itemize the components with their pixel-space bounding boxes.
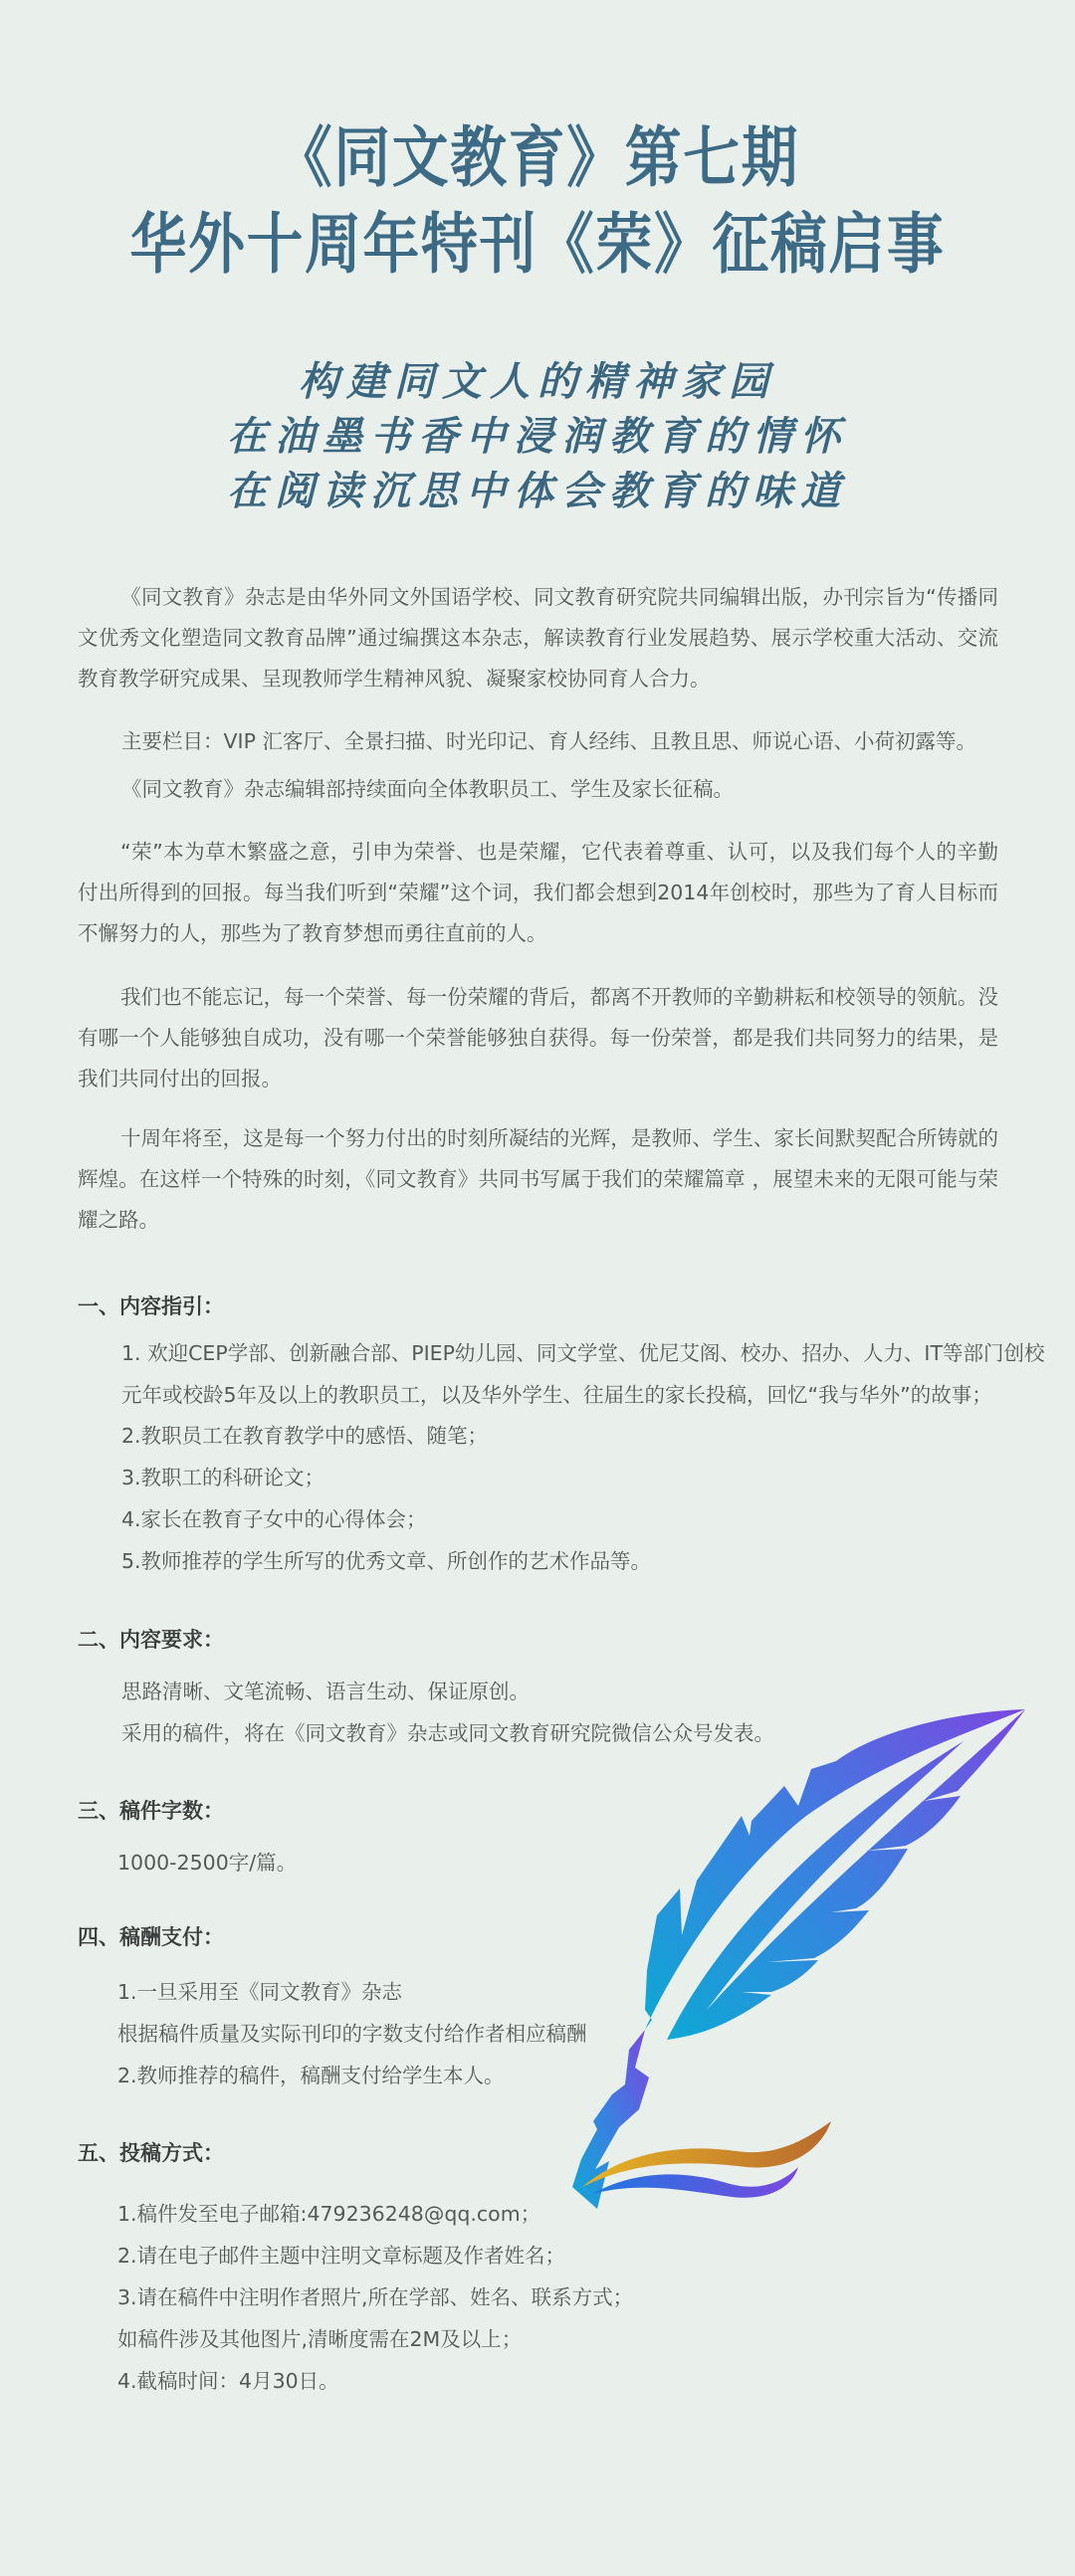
content-guide-item: 4.家长在教育子女中的心得体会； — [121, 1504, 427, 1534]
submission-item: 3.请在稿件中注明作者照片,所在学部、姓名、联系方式； — [117, 2282, 633, 2312]
call-for-papers-text: 《同文教育》杂志编辑部持续面向全体教职员工、学生及家长征稿。 — [121, 774, 734, 804]
intro-text: 《同文教育》杂志是由华外同文外国语学校、同文教育研究院共同编辑出版，办刊宗旨为“… — [78, 585, 998, 691]
slogan-line-2: 在油墨书香中浸润教育的情怀 — [0, 410, 1075, 464]
page-title-line-1: 《同文教育》第七期 — [76, 117, 1000, 197]
payment-item: 1.一旦采用至《同文教育》杂志 — [117, 1977, 402, 2007]
content-guide-item: 1. 欢迎CEP学部、创新融合部、PIEP幼儿园、同文学堂、优尼艾阁、校办、招办… — [121, 1338, 1045, 1368]
page-title-line-2: 华外十周年特刊《荣》征稿启事 — [76, 204, 1000, 284]
submission-item: 如稿件涉及其他图片,清晰度需在2M及以上； — [117, 2324, 522, 2354]
section-heading-content-requirements: 二、内容要求： — [78, 1625, 224, 1655]
anniversary-text: 十周年将至，这是每一个努力付出的时刻所凝结的光辉，是教师、学生、家长间默契配合所… — [78, 1126, 998, 1232]
content-guide-item: 5.教师推荐的学生所写的优秀文章、所创作的艺术作品等。 — [121, 1546, 651, 1576]
slogan-line-3: 在阅读沉思中体会教育的味道 — [0, 465, 1075, 518]
section-heading-word-count: 三、稿件字数： — [78, 1796, 224, 1826]
submission-item: 2.请在电子邮件主题中注明文章标题及作者姓名； — [117, 2241, 565, 2271]
gratitude-paragraph: 我们也不能忘记，每一个荣誉、每一份荣耀的背后，都离不开教师的辛勤耕耘和校领导的领… — [78, 977, 998, 1099]
anniversary-paragraph: 十周年将至，这是每一个努力付出的时刻所凝结的光辉，是教师、学生、家长间默契配合所… — [78, 1118, 998, 1241]
content-guide-item: 3.教职工的科研论文； — [121, 1463, 324, 1492]
slogan-line-1: 构建同文人的精神家园 — [0, 355, 1075, 409]
intro-paragraph: 《同文教育》杂志是由华外同文外国语学校、同文教育研究院共同编辑出版，办刊宗旨为“… — [78, 577, 998, 699]
gratitude-text: 我们也不能忘记，每一个荣誉、每一份荣耀的背后，都离不开教师的辛勤耕耘和校领导的领… — [78, 985, 998, 1090]
rong-meaning-paragraph: “荣”本为草木繁盛之意，引申为荣誉、也是荣耀，它代表着尊重、认可，以及我们每个人… — [78, 832, 998, 954]
content-guide-item: 元年或校龄5年及以上的教职员工，以及华外学生、往届生的家长投稿，回忆“我与华外”… — [121, 1380, 992, 1410]
section-heading-content-guide: 一、内容指引： — [78, 1291, 224, 1321]
deadline-item: 4.截稿时间：4月30日。 — [117, 2366, 339, 2396]
section-heading-submission: 五、投稿方式： — [78, 2138, 224, 2168]
rong-meaning-text: “荣”本为草木繁盛之意，引申为荣誉、也是荣耀，它代表着尊重、认可，以及我们每个人… — [78, 840, 998, 945]
requirement-item: 思路清晰、文笔流畅、语言生动、保证原创。 — [121, 1677, 530, 1706]
quill-feather-pen-icon — [557, 1691, 1055, 2229]
content-guide-item: 2.教职员工在教育教学中的感悟、随笔； — [121, 1421, 488, 1451]
submission-email-item: 1.稿件发至电子邮箱:479236248@qq.com； — [117, 2199, 540, 2229]
section-heading-payment: 四、稿酬支付： — [78, 1922, 224, 1952]
payment-item: 根据稿件质量及实际刊印的字数支付给作者相应稿酬 — [117, 2019, 587, 2049]
payment-item: 2.教师推荐的稿件，稿酬支付给学生本人。 — [117, 2061, 505, 2090]
columns-text: 主要栏目：VIP 汇客厅、全景扫描、时光印记、育人经纬、且教且思、师说心语、小荷… — [121, 726, 976, 756]
word-count-item: 1000-2500字/篇。 — [117, 1848, 297, 1878]
